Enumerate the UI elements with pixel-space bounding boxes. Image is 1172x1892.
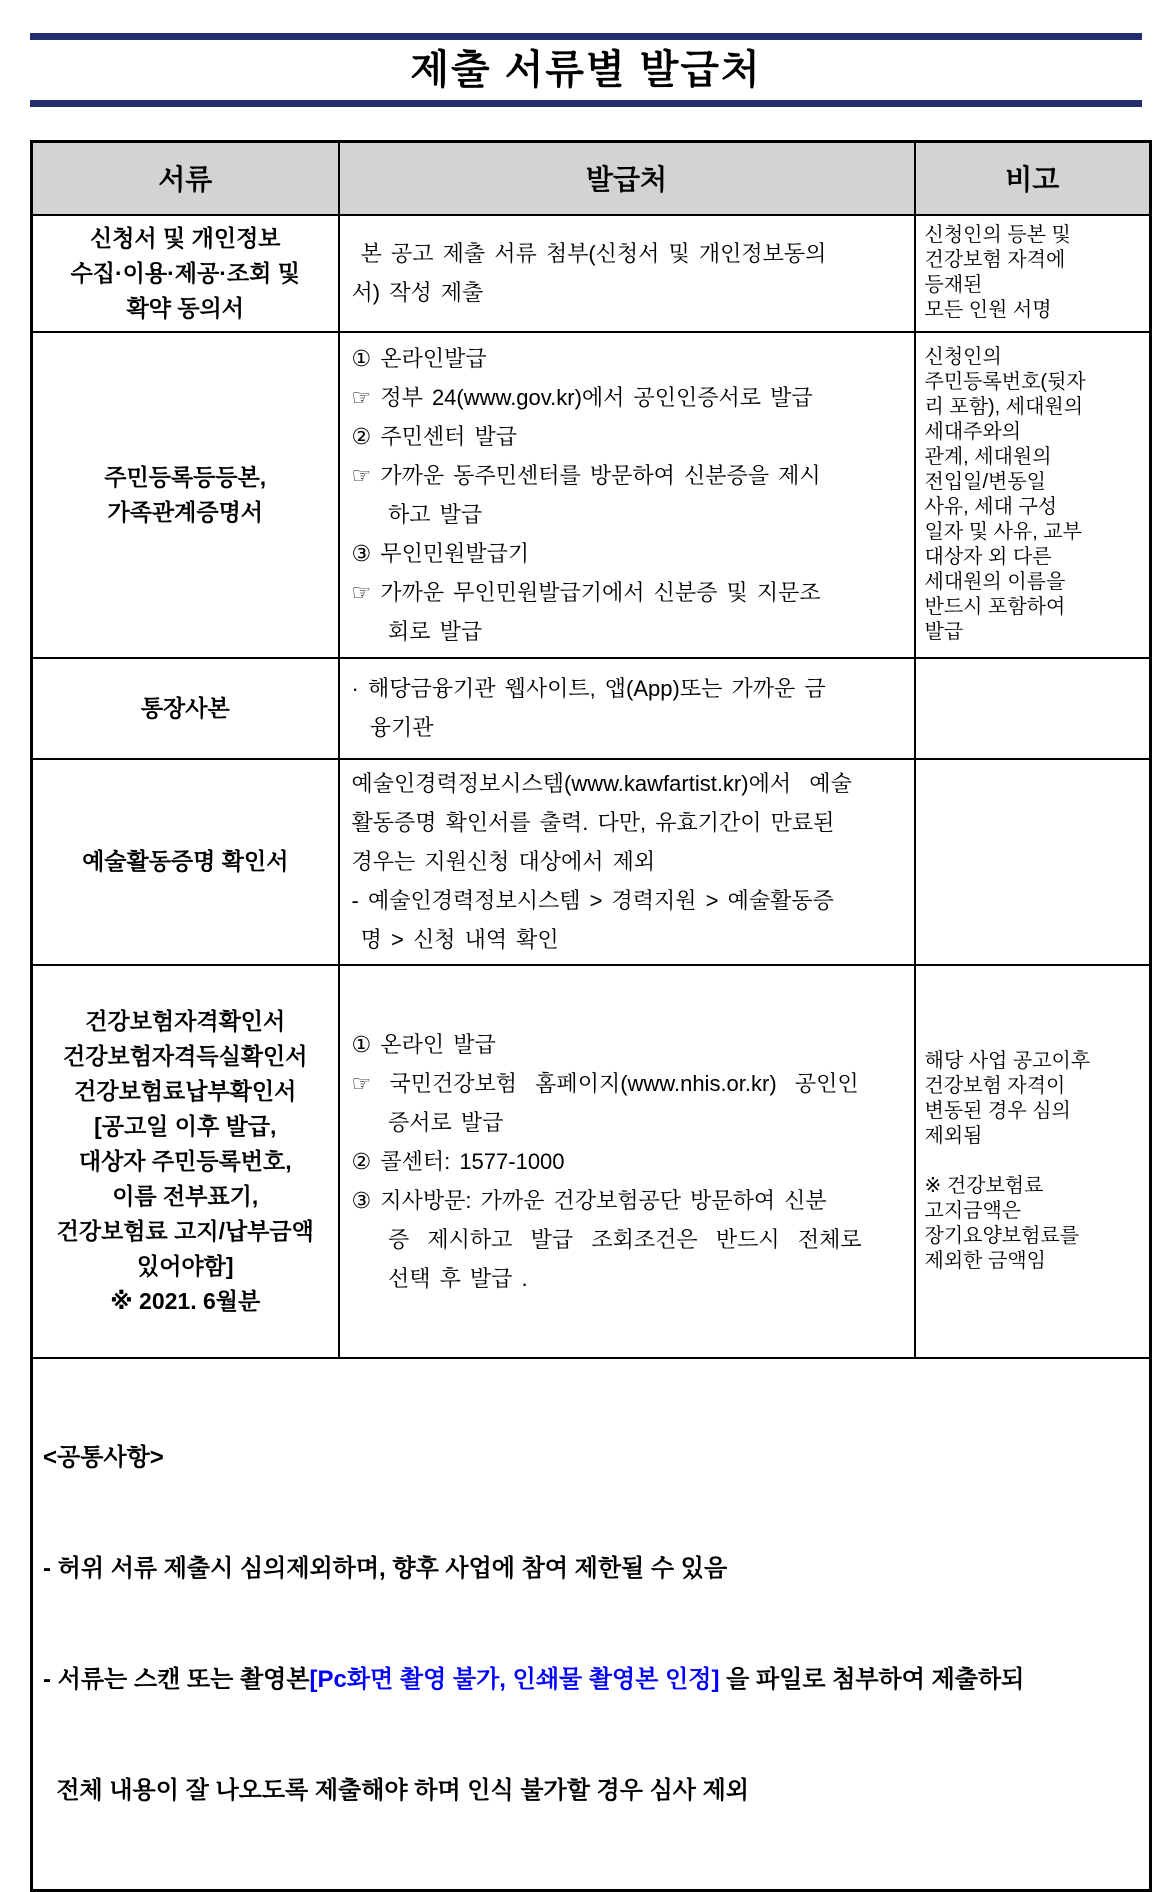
note-cell-resident-register: 신청인의 주민등록번호(뒷자 리 포함), 세대원의 세대주와의 관계, 세대원…	[915, 332, 1151, 658]
header-note: 비고	[915, 142, 1151, 215]
table-row: 신청서 및 개인정보 수집·이용·제공·조회 및 확약 동의서 본 공고 제출 …	[32, 215, 1151, 332]
doc-cell-health-insurance: 건강보험자격확인서 건강보험자격득실확인서 건강보험료납부확인서 [공고일 이후…	[32, 965, 339, 1358]
title-top-rule	[30, 33, 1142, 40]
doc-cell-artist-certificate: 예술활동증명 확인서	[32, 759, 339, 965]
header-issuer: 발급처	[339, 142, 915, 215]
note-cell-bankbook-copy	[915, 658, 1151, 759]
issuer-cell-bankbook-copy: · 해당금융기관 웹사이트, 앱(App)또는 가까운 금 융기관	[339, 658, 915, 759]
table-row: 예술활동증명 확인서 예술인경력정보시스템(www.kawfartist.kr)…	[32, 759, 1151, 965]
document-page: 제출 서류별 발급처 서류 발급처 비고 신청서 및 개인정보 수집·이용·제공…	[0, 33, 1172, 1591]
common-notes-row: <공통사항> - 허위 서류 제출시 심의제외하며, 향후 사업에 참여 제한될…	[32, 1358, 1151, 1891]
header-document: 서류	[32, 142, 339, 215]
doc-cell-bankbook-copy: 통장사본	[32, 658, 339, 759]
table-row: 건강보험자격확인서 건강보험자격득실확인서 건강보험료납부확인서 [공고일 이후…	[32, 965, 1151, 1358]
doc-cell-application-consent: 신청서 및 개인정보 수집·이용·제공·조회 및 확약 동의서	[32, 215, 339, 332]
issuer-cell-resident-register: ① 온라인발급 ☞ 정부 24(www.gov.kr)에서 공인인증서로 발급 …	[339, 332, 915, 658]
table-row: 주민등록등등본, 가족관계증명서 ① 온라인발급 ☞ 정부 24(www.gov…	[32, 332, 1151, 658]
issuer-cell-artist-certificate: 예술인경력정보시스템(www.kawfartist.kr)에서 예술 활동증명 …	[339, 759, 915, 965]
issuer-cell-health-insurance: ① 온라인 발급 ☞ 국민건강보험 홈페이지(www.nhis.or.kr) 공…	[339, 965, 915, 1358]
title-bottom-rule	[30, 100, 1142, 107]
table-header-row: 서류 발급처 비고	[32, 142, 1151, 215]
common-note-line-1: - 허위 서류 제출시 심의제외하며, 향후 사업에 참여 제한될 수 있음	[43, 1550, 1141, 1587]
table-row: 통장사본 · 해당금융기관 웹사이트, 앱(App)또는 가까운 금 융기관	[32, 658, 1151, 759]
common-note-line-2-suffix: 을 파일로 첨부하여 제출하되	[719, 1666, 1024, 1693]
doc-cell-resident-register: 주민등록등등본, 가족관계증명서	[32, 332, 339, 658]
common-note-line-2-prefix: - 서류는 스캔 또는 촬영본	[43, 1666, 310, 1693]
common-note-line-2: - 서류는 스캔 또는 촬영본[Pc화면 촬영 불가, 인쇄물 촬영본 인정] …	[43, 1661, 1141, 1698]
issuing-agency-table: 서류 발급처 비고 신청서 및 개인정보 수집·이용·제공·조회 및 확약 동의…	[30, 140, 1152, 1892]
note-cell-artist-certificate	[915, 759, 1151, 965]
issuer-cell-application-consent: 본 공고 제출 서류 첨부(신청서 및 개인정보동의 서) 작성 제출	[339, 215, 915, 332]
note-cell-health-insurance: 해당 사업 공고이후 건강보험 자격이 변동된 경우 심의 제외됨 ※ 건강보험…	[915, 965, 1151, 1358]
common-note-line-2-highlight: [Pc화면 촬영 불가, 인쇄물 촬영본 인정]	[310, 1666, 720, 1693]
common-note-line-3: 전체 내용이 잘 나오도록 제출해야 하며 인식 불가할 경우 심사 제외	[43, 1772, 1141, 1809]
common-notes-cell: <공통사항> - 허위 서류 제출시 심의제외하며, 향후 사업에 참여 제한될…	[32, 1358, 1151, 1891]
note-cell-application-consent: 신청인의 등본 및 건강보험 자격에 등재된 모든 인원 서명	[915, 215, 1151, 332]
common-notes-heading: <공통사항>	[43, 1439, 1141, 1476]
page-title: 제출 서류별 발급처	[0, 40, 1172, 100]
